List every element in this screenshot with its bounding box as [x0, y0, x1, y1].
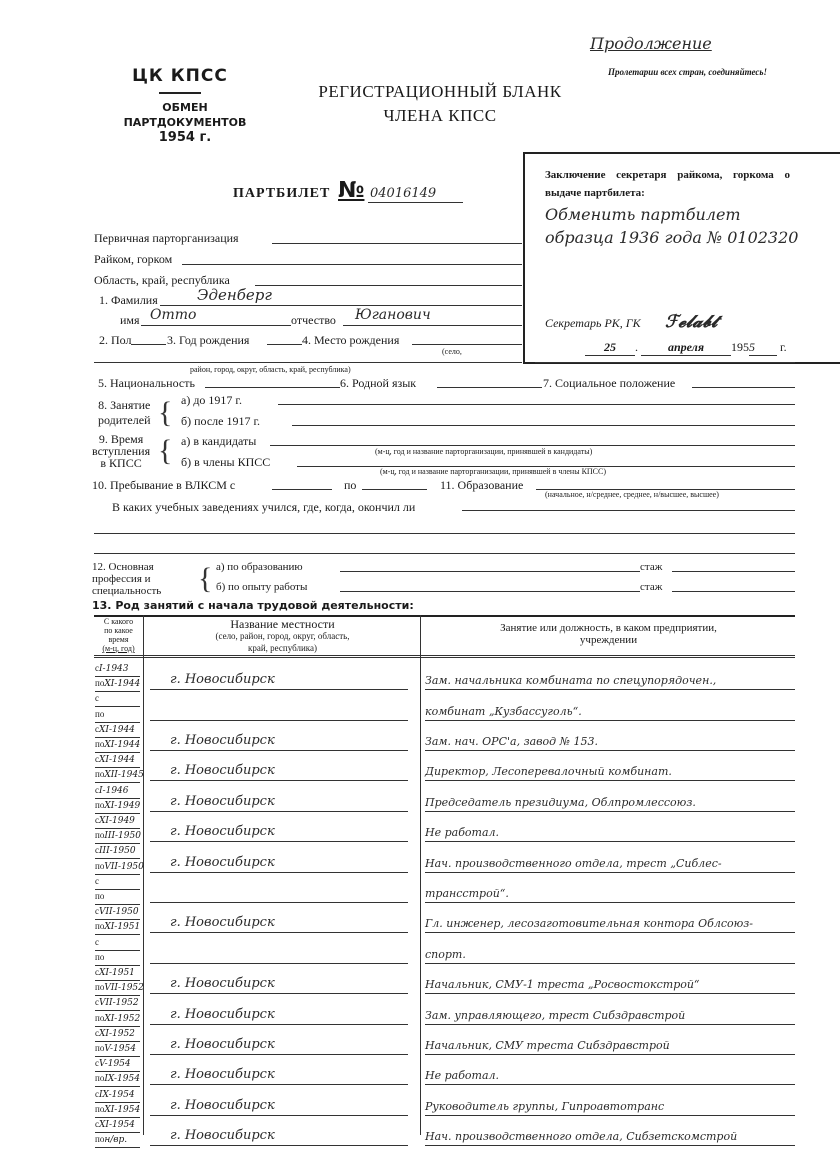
place-line	[150, 750, 408, 751]
job-cell[interactable]: Зам. начальника комбината по спецупорядо…	[425, 674, 716, 687]
job-line	[425, 689, 795, 690]
period-prefix: по	[95, 678, 104, 688]
patronymic-value[interactable]: Юганович	[355, 307, 431, 323]
nationality-field[interactable]	[205, 387, 340, 388]
job-cell[interactable]: Зам. нач. ОРС'а, завод № 153.	[425, 735, 598, 748]
job-cell[interactable]: трансстрой“.	[425, 887, 509, 900]
profession-label: 12. Основная профессия и специальность	[92, 561, 161, 597]
parents-a-label: а) до 1917 г.	[181, 393, 242, 408]
job-line	[425, 872, 795, 873]
org-title-rule	[159, 92, 201, 94]
job-line	[425, 780, 795, 781]
join-a-field[interactable]	[270, 445, 795, 446]
native-language-field[interactable]	[437, 387, 542, 388]
profession-a-label: а) по образованию	[216, 561, 303, 573]
place-line	[150, 689, 408, 690]
surname-value[interactable]: Эденберг	[197, 286, 272, 304]
secretary-label: Секретарь РК, ГК	[545, 316, 641, 331]
join-a-hint: (м-ц, год и название парторганизации, пр…	[375, 447, 592, 456]
primary-org-label: Первичная парторганизация	[94, 231, 239, 246]
period-value: XI-1944	[99, 725, 135, 735]
exchange-line1: ОБМЕН ПАРТДОКУМЕНТОВ	[100, 100, 270, 130]
native-language-label: 6. Родной язык	[340, 376, 416, 391]
period-cell[interactable]: пон/вр.	[95, 1131, 140, 1148]
job-line	[425, 902, 795, 903]
name-label: имя	[120, 313, 140, 328]
number-sign: №	[338, 178, 364, 203]
profession-a-field[interactable]	[340, 571, 640, 572]
conclusion-text-line1: Обменить партбилет	[545, 205, 741, 224]
period-prefix: по	[95, 1043, 104, 1053]
job-line	[425, 1024, 795, 1025]
job-cell[interactable]: Не работал.	[425, 1069, 499, 1082]
place-cell[interactable]: г. Новосибирск	[170, 915, 275, 930]
place-cell[interactable]: г. Новосибирск	[170, 733, 275, 748]
date-year-suffix: 5	[749, 340, 777, 356]
job-cell[interactable]: Начальник, СМУ треста Сибздравстрой	[425, 1039, 670, 1052]
period-value: VII-1952	[99, 998, 139, 1008]
period-value: VII-1950	[104, 862, 144, 872]
birth-place-hint: (село,	[442, 347, 462, 356]
job-cell[interactable]: Зам. управляющего, трест Сибздравстрой	[425, 1009, 685, 1022]
work-history-title: 13. Род занятий с начала трудовой деятел…	[92, 599, 414, 612]
period-prefix: с	[95, 693, 99, 703]
birth-place-hint-2: район, город, округ, область, край, респ…	[190, 365, 351, 374]
partbilet-label: ПАРТБИЛЕТ	[233, 186, 330, 202]
place-cell[interactable]: г. Новосибирск	[170, 794, 275, 809]
period-value: XI-1951	[99, 968, 135, 978]
parents-a-field[interactable]	[278, 404, 795, 405]
place-cell[interactable]: г. Новосибирск	[170, 763, 275, 778]
job-cell[interactable]: Руководитель группы, Гипроавтотранс	[425, 1100, 664, 1113]
period-value: I-1946	[99, 786, 129, 796]
partbilet-number: 04016149	[370, 186, 436, 201]
date-day: 25	[585, 340, 635, 356]
social-status-label: 7. Социальное положение	[543, 376, 675, 391]
period-value: XI-1954	[104, 1105, 140, 1115]
period-column-header: С какого по какое время (м-ц, год)	[95, 617, 142, 653]
job-line	[425, 993, 795, 994]
place-cell[interactable]: г. Новосибирск	[170, 1098, 275, 1113]
period-prefix: по	[95, 1073, 104, 1083]
conclusion-heading: Заключение секретаря райкома, горкома о …	[545, 166, 790, 202]
period-value: XI-1952	[104, 1014, 140, 1024]
place-line	[150, 780, 408, 781]
birth-year-field[interactable]	[267, 344, 302, 345]
vlksm-to-field[interactable]	[362, 489, 427, 490]
place-line	[150, 872, 408, 873]
job-line	[425, 1115, 795, 1116]
period-value: V-1954	[104, 1044, 136, 1054]
form-title: РЕГИСТРАЦИОННЫЙ БЛАНК ЧЛЕНА КПСС	[300, 80, 580, 128]
profession-b-tenure-label: стаж	[640, 581, 662, 593]
form-title-line1: РЕГИСТРАЦИОННЫЙ БЛАНК	[300, 80, 580, 104]
place-line	[150, 1084, 408, 1085]
place-cell[interactable]: г. Новосибирск	[170, 855, 275, 870]
period-prefix: по	[95, 891, 104, 901]
period-prefix: по	[95, 769, 104, 779]
period-prefix: по	[95, 830, 104, 840]
job-cell[interactable]: Нач. производственного отдела, Сибзетско…	[425, 1130, 737, 1143]
slogan: Пролетарии всех стран, соединяйтесь!	[608, 67, 767, 77]
period-prefix: по	[95, 800, 104, 810]
period-prefix: по	[95, 921, 104, 931]
job-line	[425, 1145, 795, 1146]
job-cell[interactable]: Председатель президиума, Облпромлессоюз.	[425, 796, 696, 809]
continuation-note: Продолжение	[590, 34, 712, 53]
period-value: XI-1952	[99, 1029, 135, 1039]
job-line	[425, 1054, 795, 1055]
period-value: III-1950	[99, 846, 136, 856]
brace: {	[158, 396, 172, 430]
exchange-line2: 1954 г.	[100, 130, 270, 145]
period-value: IX-1954	[104, 1074, 140, 1084]
place-cell[interactable]: г. Новосибирск	[170, 1007, 275, 1022]
place-line	[150, 1145, 408, 1146]
place-cell[interactable]: г. Новосибирск	[170, 1067, 275, 1082]
period-prefix: по	[95, 1013, 104, 1023]
period-prefix: с	[95, 937, 99, 947]
form-title-line2: ЧЛЕНА КПСС	[300, 104, 580, 128]
job-cell[interactable]: Гл. инженер, лесозаготовительная контора…	[425, 917, 753, 930]
period-value: XI-1944	[104, 679, 140, 689]
place-line	[150, 932, 408, 933]
period-value: XI-1944	[104, 740, 140, 750]
place-column-header: Название местности (село, район, город, …	[145, 618, 420, 654]
period-value: XI-1944	[99, 755, 135, 765]
exchange-label: ОБМЕН ПАРТДОКУМЕНТОВ 1954 г.	[100, 100, 270, 145]
job-cell[interactable]: комбинат „Кузбассуголь“.	[425, 705, 582, 718]
date-g: г.	[780, 340, 787, 354]
place-cell[interactable]: г. Новосибирск	[170, 976, 275, 991]
place-line	[150, 1115, 408, 1116]
date-year-prefix: 195	[731, 340, 749, 354]
profession-a-tenure-field[interactable]	[672, 571, 795, 572]
period-value: XI-1954	[99, 1120, 135, 1130]
place-cell[interactable]: г. Новосибирск	[170, 824, 275, 839]
period-prefix: по	[95, 861, 104, 871]
job-cell[interactable]: Нач. производственного отдела, трест „Си…	[425, 857, 722, 870]
job-cell[interactable]: спорт.	[425, 948, 466, 961]
job-line	[425, 963, 795, 964]
job-line	[425, 750, 795, 751]
parents-label: 8. Занятие родителей	[98, 398, 151, 428]
parents-b-label: б) после 1917 г.	[181, 414, 260, 429]
profession-b-tenure-field[interactable]	[672, 591, 795, 592]
birth-year-label: 3. Год рождения	[167, 333, 249, 348]
job-line	[425, 932, 795, 933]
social-status-field[interactable]	[692, 387, 795, 388]
raikom-field[interactable]	[182, 264, 522, 265]
name-value[interactable]: Отто	[150, 307, 196, 323]
job-line	[425, 720, 795, 721]
conclusion-date: 25. апреля1955 г.	[585, 340, 825, 356]
join-b-label: б) в члены КПСС	[181, 455, 270, 470]
period-prefix: по	[95, 1134, 104, 1144]
period-prefix: по	[95, 1104, 104, 1114]
join-label: 9. Время вступления в КПСС	[92, 433, 150, 469]
join-b-hint: (м-ц, год и название парторганизации, пр…	[380, 467, 606, 476]
schools-field-2[interactable]	[94, 533, 795, 534]
conclusion-text-line2: образца 1936 года № 0102320	[545, 228, 798, 247]
period-value: V-1954	[99, 1059, 131, 1069]
place-line	[150, 993, 408, 994]
schools-field-3[interactable]	[94, 553, 795, 554]
birth-place-label: 4. Место рождения	[302, 333, 399, 348]
period-value: IX-1954	[99, 1090, 135, 1100]
patronymic-label: отчество	[291, 313, 336, 328]
brace: {	[198, 562, 212, 596]
profession-a-tenure-label: стаж	[640, 561, 662, 573]
job-cell[interactable]: Директор, Лесоперевалочный комбинат.	[425, 765, 672, 778]
job-line	[425, 811, 795, 812]
job-cell[interactable]: Начальник, СМУ-1 треста „Росвостокстрой“	[425, 978, 700, 991]
profession-b-label: б) по опыту работы	[216, 581, 307, 593]
job-line	[425, 841, 795, 842]
period-value: XII-1945	[104, 770, 143, 780]
job-column-header: Занятие или должность, в каком предприят…	[422, 622, 795, 646]
period-prefix: по	[95, 739, 104, 749]
place-line	[150, 1054, 408, 1055]
period-prefix: по	[95, 709, 104, 719]
birth-place-field[interactable]	[412, 344, 522, 345]
schools-label: В каких учебных заведениях учился, где, …	[112, 500, 415, 515]
period-value: III-1950	[104, 831, 141, 841]
vlksm-from-field[interactable]	[272, 489, 332, 490]
schools-field[interactable]	[462, 510, 795, 511]
date-month: апреля	[641, 340, 731, 356]
period-value: I-1943	[99, 664, 129, 674]
period-value: XI-1949	[99, 816, 135, 826]
period-value: XI-1949	[104, 801, 140, 811]
period-value: VII-1950	[99, 907, 139, 917]
place-line	[150, 841, 408, 842]
place-line	[150, 811, 408, 812]
brace: {	[158, 434, 172, 468]
education-hint: (начальное, н/среднее, среднее, н/высшее…	[545, 490, 719, 499]
place-line	[150, 1024, 408, 1025]
primary-org-field[interactable]	[272, 243, 522, 244]
org-title: ЦК КПСС	[120, 66, 240, 86]
place-cell[interactable]: г. Новосибирск	[170, 672, 275, 687]
period-value: XI-1951	[104, 922, 140, 932]
raikom-label: Райком, горком	[94, 252, 172, 267]
vlksm-to-label: по	[344, 478, 356, 493]
nationality-label: 5. Национальность	[98, 376, 195, 391]
vlksm-label: 10. Пребывание в ВЛКСМ с	[92, 478, 235, 493]
join-a-label: а) в кандидаты	[181, 434, 256, 449]
period-prefix: по	[95, 952, 104, 962]
oblast-field[interactable]	[255, 285, 522, 286]
education-label: 11. Образование	[440, 478, 523, 493]
place-line	[150, 720, 408, 721]
surname-label: 1. Фамилия	[99, 293, 158, 308]
period-value: н/вр.	[104, 1135, 127, 1145]
parents-b-field[interactable]	[292, 425, 795, 426]
period-value: VII-1952	[104, 983, 144, 993]
place-line	[150, 963, 408, 964]
sex-label: 2. Пол	[99, 333, 132, 348]
place-cell[interactable]: г. Новосибирск	[170, 1128, 275, 1143]
place-cell[interactable]: г. Новосибирск	[170, 1037, 275, 1052]
place-line	[150, 902, 408, 903]
profession-b-field[interactable]	[340, 591, 640, 592]
job-cell[interactable]: Не работал.	[425, 826, 499, 839]
secretary-signature: ℱ𝓮𝓵𝓪𝓫𝓽	[665, 312, 717, 332]
job-line	[425, 1084, 795, 1085]
period-prefix: с	[95, 876, 99, 886]
sex-field[interactable]	[131, 344, 166, 345]
period-prefix: по	[95, 982, 104, 992]
